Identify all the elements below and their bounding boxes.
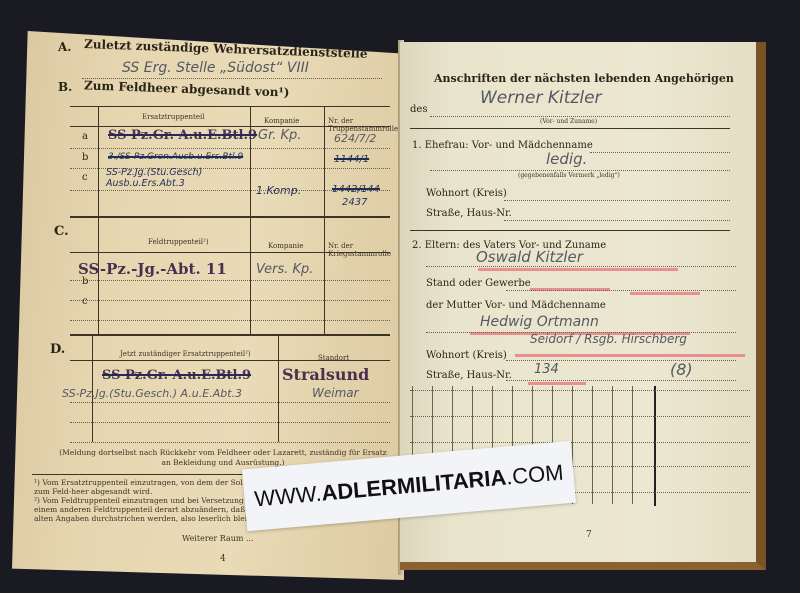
right-page-title: Anschriften der nächsten lebenden Angehö… — [434, 72, 734, 85]
watermark-suffix: .COM — [505, 460, 565, 491]
wife-value: ledig. — [546, 150, 587, 168]
d-handwritten-location: Weimar — [312, 386, 359, 400]
b-row-c-roll-new: 2437 — [342, 197, 367, 208]
mother-value: Hedwig Ortmann — [480, 314, 599, 330]
c-row-label-c: c — [82, 296, 88, 307]
c-col-roll: Nr. der Kriegsstammrolle — [328, 242, 388, 258]
c-row-a-unit-stamp: SS-Pz.-Jg.-Abt. 11 — [78, 260, 227, 278]
d-col-ersatztruppenteil: Jetzt zuständiger Ersatztruppenteil²) — [120, 350, 251, 358]
father-value: Oswald Kitzler — [476, 248, 583, 266]
d-stamp-location: Stralsund — [282, 365, 369, 384]
footnote-1: ¹) Vom Ersatztruppenteil einzutragen, vo… — [34, 478, 264, 496]
section-d-letter: D. — [50, 342, 65, 357]
des-label: des — [410, 104, 427, 115]
des-hint: (Vor- und Zuname) — [540, 118, 597, 125]
footnote-2: ²) Vom Feldtruppenteil einzutragen und b… — [34, 496, 264, 523]
des-value: Werner Kitzler — [480, 88, 602, 108]
c-col-kompanie: Kompanie — [268, 242, 303, 250]
d-handwritten-unit: SS-Pz.Jg.(Stu.Gesch.) A.u.E.Abt.3 — [62, 387, 242, 400]
c-row-a-company: Vers. Kp. — [256, 262, 313, 277]
b-col-roll: Nr. der Truppenstammrolle — [328, 117, 388, 133]
parents-wohnort-value: Seidorf / Rsgb. Hirschberg — [530, 332, 687, 346]
parents-strasse-extra: (8) — [670, 360, 693, 379]
b-col-ersatztruppenteil: Ersatztruppenteil — [142, 113, 204, 121]
b-row-a-unit-stamp: SS Pz.Gr. A.u.E.Btl.9 — [108, 128, 257, 143]
mother-label: der Mutter Vor- und Mädchenname — [426, 300, 606, 311]
b-row-b-roll: 1144/1 — [334, 154, 369, 165]
page-number-left: 4 — [220, 554, 226, 564]
parents-strasse-value: 134 — [534, 362, 559, 377]
stand-label: Stand oder Gewerbe — [426, 278, 531, 289]
parents-wohnort-label: Wohnort (Kreis) — [426, 350, 507, 361]
parents-strasse-label: Straße, Haus-Nr. — [426, 370, 512, 381]
wife-hint: (gegebenenfalls Vermerk „ledig“) — [518, 172, 620, 179]
watermark-prefix: WWW. — [253, 481, 322, 513]
c-col-feldtruppenteil: Feldtruppenteil²) — [148, 238, 209, 246]
b-row-b-unit: 3./SS-Pz.Gren.Ausb.u.Ers.Btl.9 — [108, 152, 243, 162]
wohnort-label: Wohnort (Kreis) — [426, 188, 507, 199]
b-col-kompanie: Kompanie — [264, 117, 299, 125]
section-c-letter: C. — [54, 224, 69, 239]
section-b-letter: B. — [58, 80, 72, 94]
row-label-a: a — [82, 131, 88, 142]
strasse-label: Straße, Haus-Nr. — [426, 208, 512, 219]
watermark-brand: ADLERMILITARIA — [320, 465, 507, 507]
section-a-heading: Zuletzt zuständige Wehrersatzdienststell… — [84, 37, 368, 61]
section-a-handwritten: SS Erg. Stelle „Südost“ VIII — [122, 60, 309, 76]
b-row-a-company: Gr. Kp. — [258, 128, 301, 143]
d-stamp-unit: SS Pz.Gr. A.u.E.Btl.9 — [102, 368, 251, 383]
page-number-right: 7 — [586, 530, 592, 540]
continued-text: Weiterer Raum ... — [182, 534, 254, 543]
section-a-letter: A. — [58, 40, 72, 54]
b-row-c-unit: SS-Pz.Jg.(Stu.Gesch) Ausb.u.Ers.Abt.3 — [106, 167, 256, 189]
row-label-b: b — [82, 152, 88, 163]
row-label-c: c — [82, 172, 88, 183]
section-b-heading: Zum Feldheer abgesandt von¹) — [84, 78, 290, 99]
c-row-label-b: b — [82, 276, 88, 287]
b-row-a-roll: 624/7/2 — [334, 132, 376, 145]
